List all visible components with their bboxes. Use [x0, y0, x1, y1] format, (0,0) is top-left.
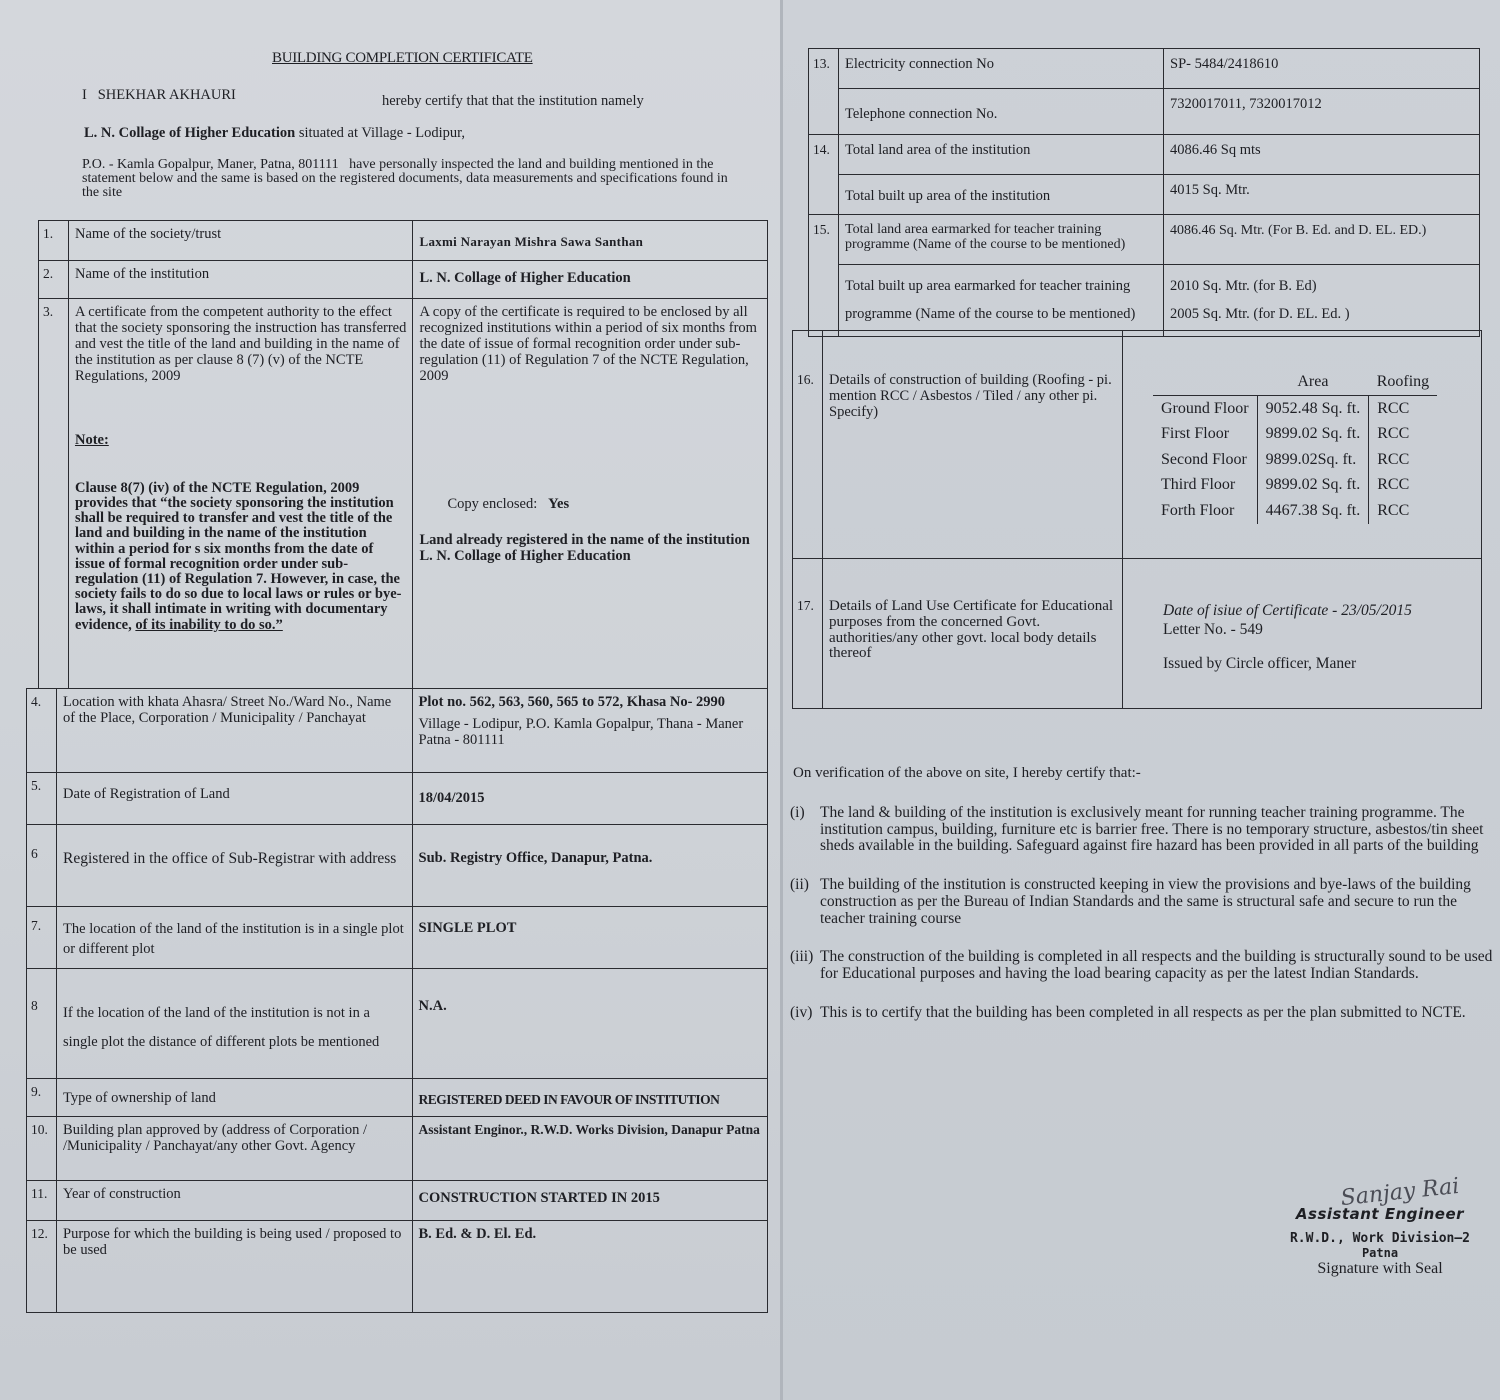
row-label: Year of construction: [57, 1181, 412, 1221]
floor-area: 9052.48 Sq. ft.: [1257, 395, 1369, 421]
total-land-area-value: 4086.46 Sq mts: [1164, 135, 1480, 175]
table-row: 2. Name of the institution L. N. Collage…: [39, 261, 768, 299]
city: Patna: [1270, 1246, 1490, 1260]
row-number: 15.: [809, 215, 839, 337]
row-value: Assistant Enginor., R.W.D. Works Divisio…: [412, 1117, 768, 1181]
letter-number: Letter No. - 549: [1163, 620, 1481, 639]
floor-floor: Ground Floor: [1153, 395, 1257, 421]
row-label: Telephone connection No.: [839, 89, 1164, 135]
table-row: 7. The location of the land of the insti…: [27, 907, 768, 969]
row-number: 10.: [27, 1117, 57, 1181]
designation: Assistant Engineer: [1270, 1205, 1490, 1223]
floor-header: [1153, 369, 1257, 395]
floor-row: First Floor9899.02 Sq. ft.RCC: [1153, 421, 1437, 447]
table-row: 10. Building plan approved by (address o…: [27, 1117, 768, 1181]
certifier-prefix: I: [82, 87, 87, 103]
total-built-area-value: 4015 Sq. Mtr.: [1164, 175, 1480, 215]
table-row: 14. Total land area of the institution 4…: [809, 135, 1480, 175]
floor-floor: First Floor: [1153, 421, 1257, 447]
plot-numbers: Plot no. 562, 563, 560, 565 to 572, Khas…: [419, 695, 762, 711]
division: R.W.D., Work Division—2: [1270, 1231, 1490, 1246]
table-row: 5. Date of Registration of Land 18/04/20…: [27, 773, 768, 825]
floor-area: 9899.02 Sq. ft.: [1257, 472, 1369, 498]
electricity-connection-value: SP- 5484/2418610: [1164, 49, 1480, 89]
floor-roofing: RCC: [1369, 472, 1437, 498]
row-number: 16.: [793, 331, 823, 559]
floor-row: Ground Floor9052.48 Sq. ft.RCC: [1153, 395, 1437, 421]
floor-area: 4467.38 Sq. ft.: [1257, 498, 1369, 524]
clause-tail: of its inability to do so.”: [135, 617, 282, 633]
row-label: Details of construction of building (Roo…: [823, 331, 1123, 559]
floor-details: Area Roofing Ground Floor9052.48 Sq. ft.…: [1123, 331, 1482, 559]
point-numeral: (i): [790, 805, 820, 855]
certify-text: hereby certify that that the institution…: [382, 94, 644, 110]
institution-name: L. N. Collage of Higher Education: [84, 125, 295, 141]
row-number: 1.: [39, 221, 69, 261]
table-row: 1. Name of the society/trust Laxmi Naray…: [39, 221, 768, 261]
table-row: Total built up area of the institution 4…: [809, 175, 1480, 215]
certificate-requirement-text: A certificate from the competent authori…: [75, 305, 407, 385]
label-line: programme (Name of the course to be ment…: [845, 301, 1157, 329]
certification-point: (ii)The building of the institution is c…: [790, 877, 1495, 927]
row-value: SINGLE PLOT: [412, 907, 768, 969]
situated-text: situated at: [299, 125, 358, 141]
table-row: 11. Year of construction CONSTRUCTION ST…: [27, 1181, 768, 1221]
land-registered-text: Land already registered in the name of t…: [419, 533, 761, 549]
row-number: 13.: [809, 49, 839, 135]
copy-enclosed: Copy enclosed: Yes: [447, 497, 761, 513]
row-value: REGISTERED DEED IN FAVOUR OF INSTITUTION: [412, 1079, 768, 1117]
certification-points: (i)The land & building of the institutio…: [790, 805, 1495, 1044]
note-label: Note:: [75, 433, 407, 449]
certificate-date: Date of isiue of Certificate - 23/05/201…: [1163, 601, 1481, 620]
land-use-value: Date of isiue of Certificate - 23/05/201…: [1123, 559, 1482, 709]
floor-roofing: RCC: [1369, 421, 1437, 447]
row-label: If the location of the land of the insti…: [57, 969, 412, 1079]
point-text: The building of the institution is const…: [820, 877, 1495, 927]
row-number: 8: [27, 969, 57, 1079]
floor-row: Forth Floor4467.38 Sq. ft.RCC: [1153, 498, 1437, 524]
certification-point: (iii)The construction of the building is…: [790, 949, 1495, 982]
area-header: Area: [1257, 369, 1369, 395]
point-numeral: (iii): [790, 949, 820, 982]
row-label: Total land area of the institution: [839, 135, 1164, 175]
table-row: 12. Purpose for which the building is be…: [27, 1221, 768, 1313]
row-label: Total built up area of the institution: [839, 175, 1164, 215]
row-number: 9.: [27, 1079, 57, 1117]
certificate-table-part2: 4. Location with khata Ahasra/ Street No…: [26, 688, 768, 1313]
row-number: 6: [27, 825, 57, 907]
certificate-table-part3: 13. Electricity connection No SP- 5484/2…: [808, 48, 1480, 337]
table-row: 9. Type of ownership of land REGISTERED …: [27, 1079, 768, 1117]
row-value: 18/04/2015: [412, 773, 768, 825]
location-address: Village - Lodipur, P.O. Kamla Gopalpur, …: [419, 717, 762, 733]
floor-area: 9899.02Sq. ft.: [1257, 447, 1369, 473]
table-row: Total built up area earmarked for teache…: [809, 265, 1480, 337]
row-label: Registered in the office of Sub-Registra…: [57, 825, 412, 907]
signature-caption: Signature with Seal: [1270, 1260, 1490, 1278]
table-row: 3. A certificate from the competent auth…: [39, 299, 768, 689]
construction-details-table: 16. Details of construction of building …: [792, 330, 1482, 709]
row-value: Sub. Registry Office, Danapur, Patna.: [412, 825, 768, 907]
row-value: N.A.: [412, 969, 768, 1079]
floor-area-table: Area Roofing Ground Floor9052.48 Sq. ft.…: [1153, 369, 1437, 524]
right-page: 13. Electricity connection No SP- 5484/2…: [782, 0, 1500, 1400]
telephone-connection-value: 7320017011, 7320017012: [1164, 89, 1480, 135]
point-text: This is to certify that the building has…: [820, 1005, 1495, 1022]
page-seam: [780, 0, 783, 1400]
table-row: 13. Electricity connection No SP- 5484/2…: [809, 49, 1480, 89]
row-label: Purpose for which the building is being …: [57, 1221, 412, 1313]
left-page: BUILDING COMPLETION CERTIFICATE I SHEKHA…: [0, 0, 782, 1400]
point-text: The construction of the building is comp…: [820, 949, 1495, 982]
row-number: 4.: [27, 689, 57, 773]
row-value: A copy of the certificate is required to…: [413, 299, 768, 689]
address-line: P.O. - Kamla Gopalpur, Maner, Patna, 801…: [82, 157, 339, 172]
village-text: Village - Lodipur,: [361, 125, 465, 141]
row-number: 12.: [27, 1221, 57, 1313]
row-label: Total land area earmarked for teacher tr…: [839, 215, 1164, 265]
certifier-name: SHEKHAR AKHAURI: [98, 87, 236, 103]
row-number: 11.: [27, 1181, 57, 1221]
point-text: The land & building of the institution i…: [820, 805, 1495, 855]
floor-row: Second Floor9899.02Sq. ft.RCC: [1153, 447, 1437, 473]
value-deled: 2005 Sq. Mtr. (for D. EL. Ed. ): [1170, 301, 1473, 329]
roofing-header: Roofing: [1369, 369, 1437, 395]
row-number: 17.: [793, 559, 823, 709]
certificate-table-part1: 1. Name of the society/trust Laxmi Naray…: [38, 220, 768, 689]
row-number: 3.: [39, 299, 69, 689]
document-title: BUILDING COMPLETION CERTIFICATE: [272, 50, 533, 67]
floor-row: Third Floor9899.02 Sq. ft.RCC: [1153, 472, 1437, 498]
row-number: 14.: [809, 135, 839, 215]
row-value: B. Ed. & D. El. Ed.: [412, 1221, 768, 1313]
copy-enclosed-label: Copy enclosed:: [447, 496, 537, 512]
row-label: The location of the land of the institut…: [57, 907, 412, 969]
earmarked-built-value: 2010 Sq. Mtr. (for B. Ed) 2005 Sq. Mtr. …: [1164, 265, 1480, 337]
row-value: L. N. Collage of Higher Education: [413, 261, 768, 299]
earmarked-land-value: 4086.46 Sq. Mtr. (For B. Ed. and D. EL. …: [1164, 215, 1480, 265]
floor-roofing: RCC: [1369, 447, 1437, 473]
row-label: Electricity connection No: [839, 49, 1164, 89]
verification-intro: On verification of the above on site, I …: [793, 765, 1141, 782]
land-registered-note: Land already registered in the name of t…: [419, 533, 761, 565]
floor-roofing: RCC: [1369, 498, 1437, 524]
floor-floor: Second Floor: [1153, 447, 1257, 473]
land-registered-institution: L. N. Collage of Higher Education: [419, 549, 761, 565]
row-label: Date of Registration of Land: [57, 773, 412, 825]
certification-point: (i)The land & building of the institutio…: [790, 805, 1495, 855]
row-label: Name of the society/trust: [68, 221, 413, 261]
table-row: 15. Total land area earmarked for teache…: [809, 215, 1480, 265]
row-number: 2.: [39, 261, 69, 299]
issued-by: Issued by Circle officer, Maner: [1163, 654, 1481, 673]
row-number: 7.: [27, 907, 57, 969]
row-label: Location with khata Ahasra/ Street No./W…: [57, 689, 412, 773]
row-value: Plot no. 562, 563, 560, 565 to 572, Khas…: [412, 689, 768, 773]
signature-block: Sanjay Rai Assistant Engineer R.W.D., Wo…: [1270, 1180, 1490, 1278]
row-label: A certificate from the competent authori…: [68, 299, 413, 689]
copy-enclosed-value: Yes: [548, 496, 569, 512]
floor-roofing: RCC: [1369, 395, 1437, 421]
institution-line: L. N. Collage of Higher Education situat…: [84, 126, 465, 142]
label-line: Total built up area earmarked for teache…: [845, 273, 1157, 301]
table-row: Telephone connection No. 7320017011, 732…: [809, 89, 1480, 135]
table-row: 17. Details of Land Use Certificate for …: [793, 559, 1482, 709]
floor-floor: Forth Floor: [1153, 498, 1257, 524]
row-label: Building plan approved by (address of Co…: [57, 1117, 412, 1181]
row-label: Details of Land Use Certificate for Educ…: [823, 559, 1123, 709]
certification-point: (iv)This is to certify that the building…: [790, 1005, 1495, 1022]
row-label: Total built up area earmarked for teache…: [839, 265, 1164, 337]
inspection-paragraph: P.O. - Kamla Gopalpur, Maner, Patna, 801…: [82, 158, 732, 200]
table-row: 4. Location with khata Ahasra/ Street No…: [27, 689, 768, 773]
row-label: Name of the institution: [68, 261, 413, 299]
clause-note: Clause 8(7) (iv) of the NCTE Regulation,…: [75, 481, 407, 633]
table-row: 6 Registered in the office of Sub-Regist…: [27, 825, 768, 907]
row-number: 5.: [27, 773, 57, 825]
point-numeral: (ii): [790, 877, 820, 927]
row-value: CONSTRUCTION STARTED IN 2015: [412, 1181, 768, 1221]
table-row: 16. Details of construction of building …: [793, 331, 1482, 559]
location-pin: Patna - 801111: [419, 733, 762, 749]
floor-area: 9899.02 Sq. ft.: [1257, 421, 1369, 447]
certifier-line: I SHEKHAR AKHAURI: [82, 88, 236, 104]
clause-text: Clause 8(7) (iv) of the NCTE Regulation,…: [75, 480, 402, 633]
floor-floor: Third Floor: [1153, 472, 1257, 498]
row-label: Type of ownership of land: [57, 1079, 412, 1117]
value-bed: 2010 Sq. Mtr. (for B. Ed): [1170, 273, 1473, 301]
point-numeral: (iv): [790, 1005, 820, 1022]
row-value: Laxmi Narayan Mishra Sawa Santhan: [413, 221, 768, 261]
table-row: 8 If the location of the land of the ins…: [27, 969, 768, 1079]
copy-requirement-text: A copy of the certificate is required to…: [419, 305, 761, 385]
